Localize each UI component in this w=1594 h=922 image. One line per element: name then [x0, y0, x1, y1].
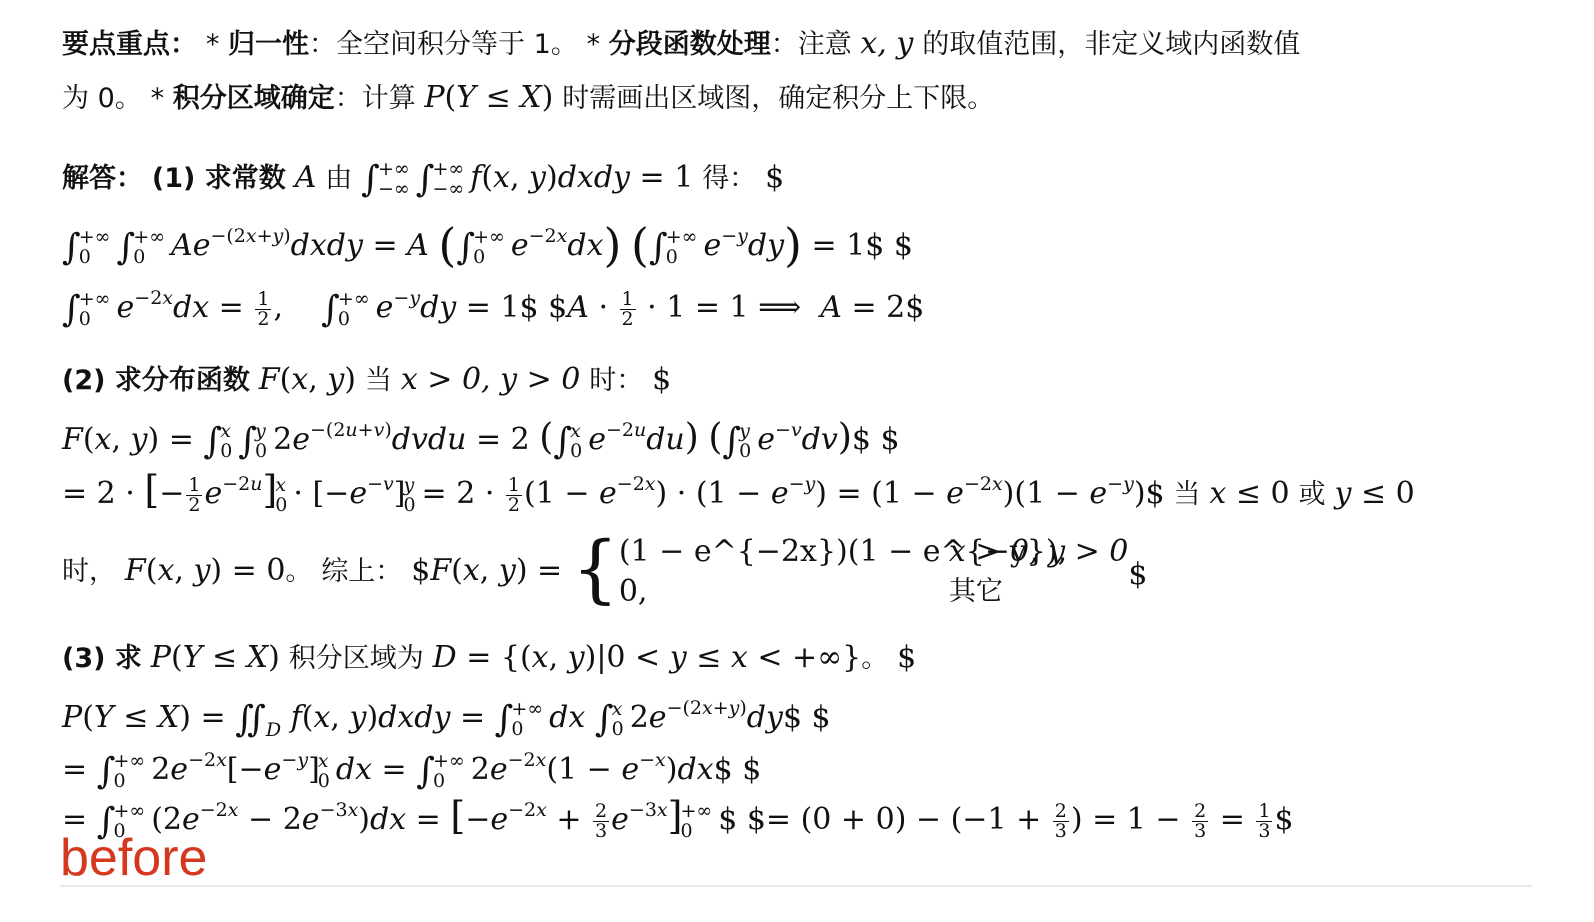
case1-expr: (1 − e^{−2x})(1 − e^{−y}),: [619, 532, 949, 572]
part2-cond: 当: [365, 365, 392, 396]
period: 。: [285, 556, 312, 587]
math-expression: ∫+∞−∞∫+∞−∞f(x, y)dxdy = 1: [361, 160, 693, 195]
part2-line-4: 时， F(x, y) = 0。 综上： $F(x, y) = {(1 − e^{…: [62, 532, 1147, 612]
key-point-text-region-a: ：计算: [335, 83, 425, 114]
math-expression: P(Y ≤ X): [151, 640, 280, 675]
math-expression: F(x, y): [259, 362, 356, 397]
divider: [60, 885, 1532, 887]
case2-cond: 其它: [949, 572, 1003, 612]
part3-region: 积分区域为: [289, 643, 424, 674]
key-point-text-piecewise-c: 为 0。: [62, 83, 142, 114]
key-points-line-1: 要点重点： * 归一性：全空间积分等于 1。 * 分段函数处理：注意 x, y …: [62, 24, 1300, 65]
part2-label: (2) 求分布函数: [62, 365, 250, 396]
part3-line-4: = ∫+∞0(2e−2x − 2e−3x)dx = [−e−2x + 23e−3…: [62, 790, 1294, 842]
key-point-title-normalization: 归一性: [228, 29, 309, 60]
part2-summary: 综上：: [321, 556, 402, 587]
math-expression: P(Y ≤ X) = ∬D f(x, y)dxdy = ∫+∞0dx ∫x02e…: [62, 700, 831, 735]
math-condition: x > 0, y > 0: [401, 362, 581, 397]
part2-else: 当: [1174, 479, 1201, 510]
solution-heading: 解答：: [62, 163, 143, 194]
case2-expr: 0,: [619, 572, 949, 612]
math-var: A: [295, 160, 317, 195]
case1-cond: x > 0, y > 0: [949, 532, 1129, 572]
key-point-text-region-b: 时需画出区域图，确定积分上下限。: [562, 83, 994, 114]
part1-label: (1) 求常数: [152, 163, 286, 194]
bullet: *: [206, 29, 228, 60]
key-point-title-region: 积分区域确定: [173, 83, 335, 114]
part1-intro: 由: [325, 163, 352, 194]
math-expression: ∫+∞0∫+∞0Ae−(2x+y)dxdy = A (∫+∞0e−2xdx) (…: [62, 228, 913, 263]
part2-line-1: (2) 求分布函数 F(x, y) 当 x > 0, y > 0 时： $: [62, 360, 671, 401]
part1-intro-tail: 得：: [702, 163, 756, 194]
bullet: *: [587, 29, 609, 60]
part1-line-1: 解答： (1) 求常数 A 由 ∫+∞−∞∫+∞−∞f(x, y)dxdy = …: [62, 158, 784, 200]
math-region: D = {(x, y)|0 < y ≤ x < +∞}: [433, 640, 862, 675]
part1-line-2: ∫+∞0∫+∞0Ae−(2x+y)dxdy = A (∫+∞0e−2xdx) (…: [62, 216, 913, 268]
part1-line-3: ∫+∞0e−2xdx = 12, ∫+∞0e−ydy = 1$ $A · 12 …: [62, 278, 924, 330]
math-expression: = 2 · [−12e−2u]x0· [−e−v]y0= 2 · 12(1 − …: [62, 476, 1165, 511]
period: 。: [861, 643, 888, 674]
math-expression: ∫+∞0e−2xdx = 12, ∫+∞0e−ydy = 1$ $A · 12 …: [62, 290, 924, 325]
part2-line-2: F(x, y) = ∫x0∫y02e−(2u+v)dvdu = 2 (∫x0e−…: [62, 410, 900, 462]
key-point-title-piecewise: 分段函数处理: [609, 29, 771, 60]
math-condition: x ≤ 0: [1209, 476, 1289, 511]
math-condition: y ≤ 0: [1334, 476, 1414, 511]
key-points-line-2: 为 0。 * 积分区域确定：计算 P(Y ≤ X) 时需画出区域图，确定积分上下…: [62, 78, 994, 119]
dollar-sign: $: [765, 160, 784, 195]
math-expression: F(x, y) = 0: [125, 553, 286, 588]
math-inline: P(Y ≤ X): [424, 80, 553, 115]
before-label: before: [60, 828, 207, 888]
bullet: *: [151, 83, 173, 114]
key-point-text-piecewise-b: 的取值范围，非定义域内函数值: [922, 29, 1300, 60]
part2-line-3: = 2 · [−12e−2u]x0· [−e−v]y0= 2 · 12(1 − …: [62, 464, 1415, 515]
math-inline: x, y: [860, 26, 913, 61]
part2-or: 或: [1299, 479, 1326, 510]
math-expression: = ∫+∞02e−2x[−e−y]x0dx = ∫+∞02e−2x(1 − e−…: [62, 752, 761, 787]
part2-else-tail: 时，: [62, 556, 116, 587]
dollar-sign: $: [897, 640, 916, 675]
piecewise-definition: $F(x, y) = {(1 − e^{−2x})(1 − e^{−y}),x …: [411, 553, 1147, 588]
part3-line-1: (3) 求 P(Y ≤ X) 积分区域为 D = {(x, y)|0 < y ≤…: [62, 638, 916, 679]
key-point-text-piecewise-a: ：注意: [771, 29, 861, 60]
part2-cond-tail: 时：: [589, 365, 643, 396]
part3-label: (3) 求: [62, 643, 142, 674]
dollar-sign: $: [652, 362, 671, 397]
part3-line-3: = ∫+∞02e−2x[−e−y]x0dx = ∫+∞02e−2x(1 − e−…: [62, 740, 761, 792]
math-expression: = ∫+∞0(2e−2x − 2e−3x)dx = [−e−2x + 23e−3…: [62, 802, 1294, 837]
key-points-heading: 要点重点：: [62, 29, 197, 60]
math-expression: F(x, y) = ∫x0∫y02e−(2u+v)dvdu = 2 (∫x0e−…: [62, 422, 900, 457]
key-point-text-normalization: ：全空间积分等于 1。: [309, 29, 578, 60]
